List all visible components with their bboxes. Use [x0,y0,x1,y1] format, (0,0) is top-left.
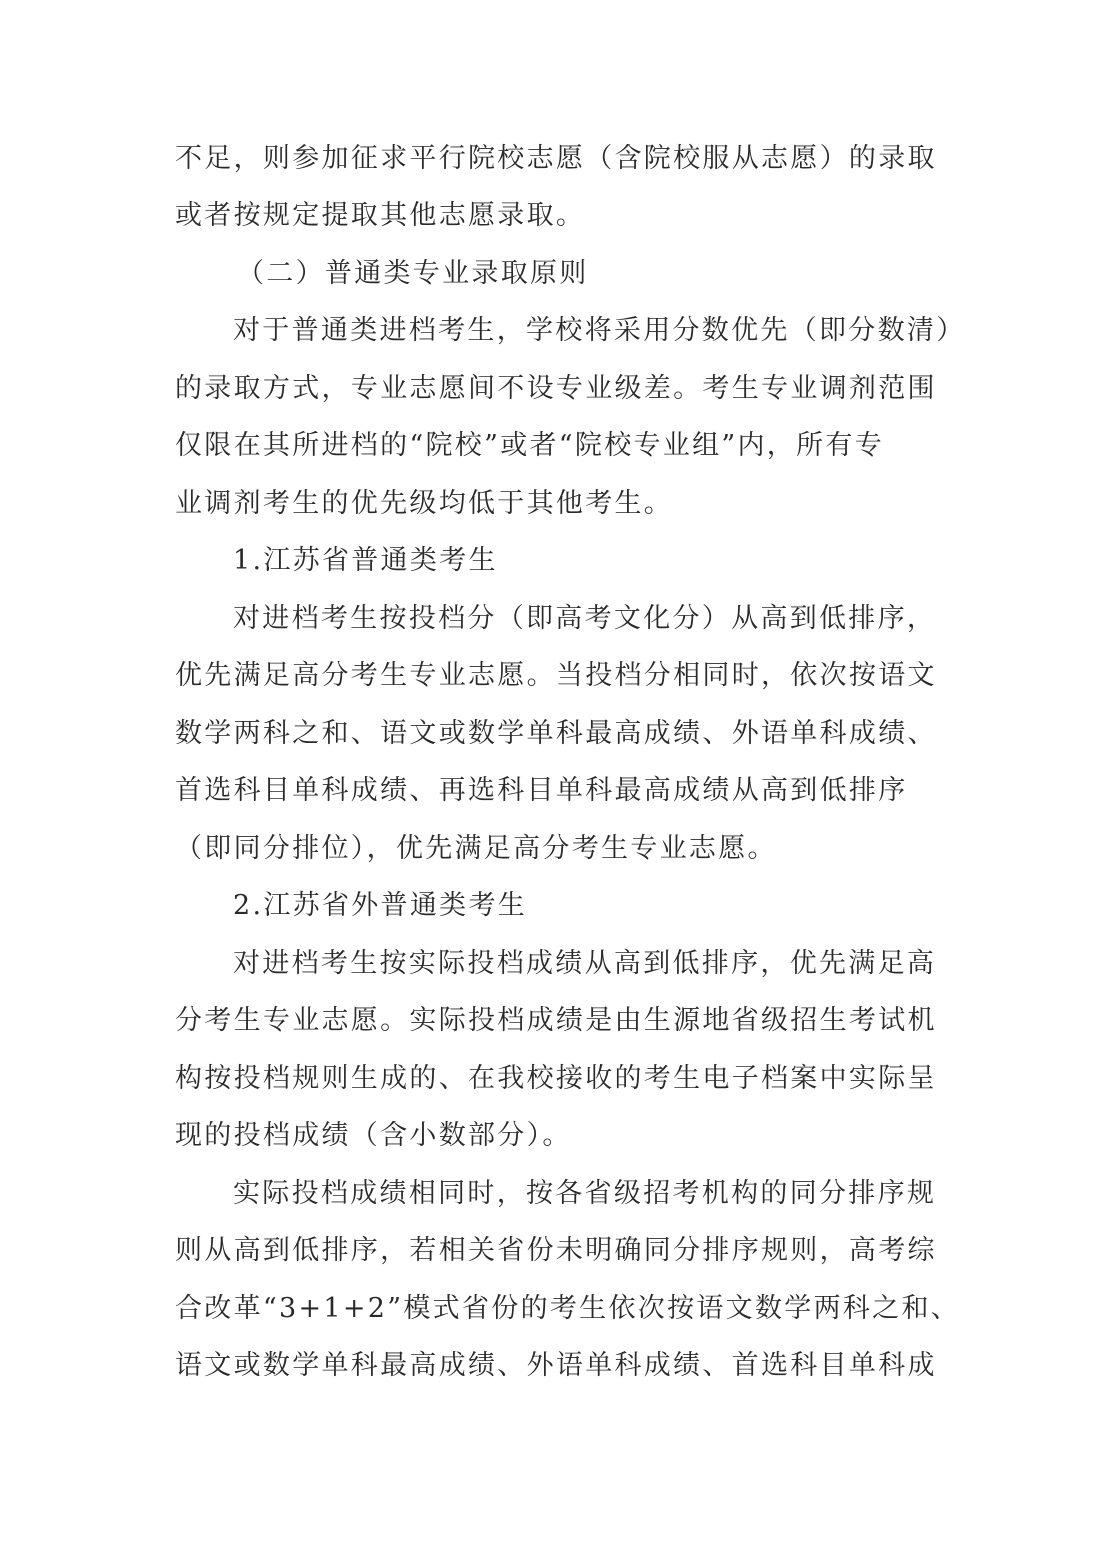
subsection-heading: 2.江苏省外普通类考生 [233,877,527,935]
text-line: 首选科目单科成绩、再选科目单科最高成绩从高到低排序 [175,762,908,820]
text-line: 合改革“3+1+2”模式省份的考生依次按语文数学两科之和、 [175,1280,960,1338]
paragraph-start: 实际投档成绩相同时，按各省级招考机构的同分排序规 [233,1165,936,1223]
subsection-heading: 1.江苏省普通类考生 [233,532,498,590]
text-line: （即同分排位），优先满足高分考生专业志愿。 [175,820,777,878]
text-line: 则从高到低排序，若相关省份未明确同分排序规则，高考综 [175,1222,937,1280]
paragraph-start: 对于普通类进档考生，学校将采用分数优先（即分数清） [233,302,966,360]
text-line: 不足，则参加征求平行院校志愿（含院校服从志愿）的录取 [175,130,937,188]
text-line: 现的投档成绩（含小数部分）。 [175,1107,572,1165]
text-line: 优先满足高分考生专业志愿。当投档分相同时，依次按语文 [175,647,937,705]
text-line: 分考生专业志愿。实际投档成绩是由生源地省级招生考试机 [175,992,937,1050]
text-line: 数学两科之和、语文或数学单科最高成绩、外语单科成绩、 [175,705,937,763]
text-line: 业调剂考生的优先级均低于其他考生。 [175,475,673,533]
text-line: 的录取方式，专业志愿间不设专业级差。考生专业调剂范围 [175,360,937,418]
section-heading: （二）普通类专业录取原则 [237,245,589,303]
paragraph-start: 对进档考生按投档分（即高考文化分）从高到低排序， [233,590,936,648]
text-line: 仅限在其所进档的“院校”或者“院校专业组”内，所有专 [175,417,884,475]
text-line: 或者按规定提取其他志愿录取。 [175,187,585,245]
paragraph-start: 对进档考生按实际投档成绩从高到低排序，优先满足高 [233,935,936,993]
text-line: 语文或数学单科最高成绩、外语单科成绩、首选科目单科成 [175,1337,937,1395]
text-line: 构按投档规则生成的、在我校接收的考生电子档案中实际呈 [175,1050,937,1108]
